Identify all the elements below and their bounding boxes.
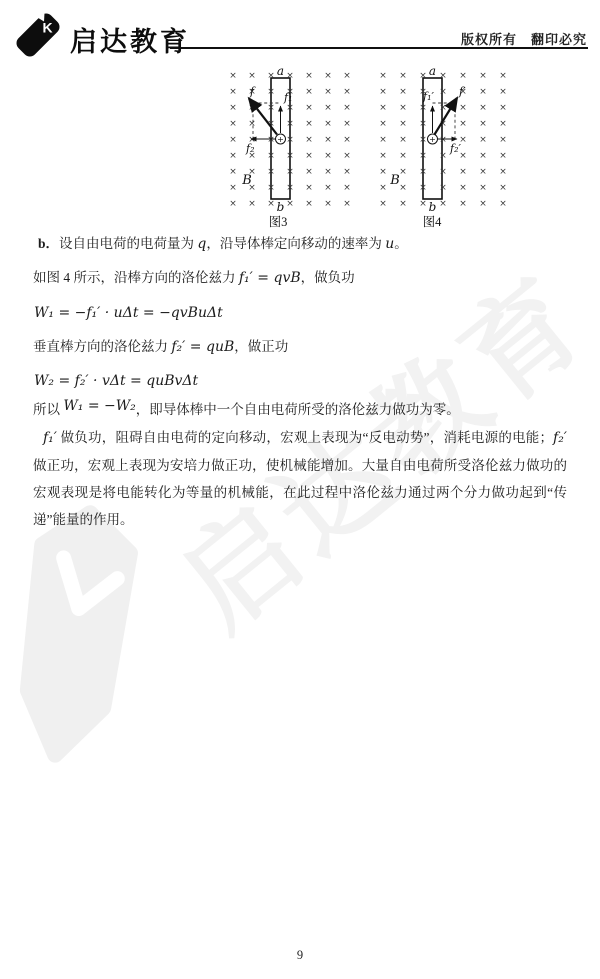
text-segment: ，沿导体棒定向移动的速率为 — [206, 236, 385, 251]
field-cross-icon: × — [324, 103, 332, 113]
qida-logo: K — [14, 11, 62, 59]
field-cross-icon: × — [324, 199, 332, 209]
text-segment: ，做负功 — [301, 270, 355, 285]
label-f1-prime: f₁′ — [422, 90, 434, 103]
field-cross-icon: × — [459, 183, 467, 193]
field-cross-icon: × — [439, 135, 447, 145]
field-cross-icon: × — [499, 71, 507, 81]
text-segment: 做负功，阻碍自由电荷的定向移动，宏观上表现为“反电动势”，消耗电源的电能； — [57, 430, 553, 445]
field-cross-icon: × — [479, 71, 487, 81]
item-b-line: b．设自由电荷的电荷量为 q，沿导体棒定向移动的速率为 u。 — [38, 234, 408, 254]
field-cross-icon: × — [439, 87, 447, 97]
field-cross-icon: × — [459, 199, 467, 209]
logo-letter: K — [42, 20, 52, 36]
field-cross-icon: × — [305, 167, 313, 177]
field-cross-icon: × — [267, 199, 275, 209]
field-cross-icon: × — [459, 71, 467, 81]
field-cross-icon: × — [419, 199, 427, 209]
text-segment: f₁′ — [43, 430, 57, 446]
text-segment: W₁ = −f₁′ · uΔt = −qvBuΔt — [34, 305, 223, 321]
text-segment: 做正功，宏观上表现为安培力做正功，使机械能增加。大量自由电荷所受洛伦兹力做功的宏… — [33, 458, 567, 527]
text-segment: W₁ = −W₂ — [63, 397, 135, 416]
charge-plus-sign: + — [277, 135, 284, 144]
label-b: b — [429, 200, 437, 214]
field-cross-icon: × — [324, 167, 332, 177]
field-cross-icon: × — [379, 183, 387, 193]
field-cross-icon: × — [419, 183, 427, 193]
field-cross-icon: × — [305, 135, 313, 145]
field-cross-icon: × — [324, 119, 332, 129]
field-cross-icon: × — [343, 71, 351, 81]
field-cross-icon: × — [343, 183, 351, 193]
text-segment: q — [197, 236, 206, 252]
field-cross-icon: × — [248, 71, 256, 81]
text-segment: 垂直棒方向的洛伦兹力 — [33, 339, 171, 354]
field-cross-icon: × — [459, 119, 467, 129]
logo-hexagon-shape — [14, 507, 135, 761]
field-cross-icon: × — [419, 119, 427, 129]
field-cross-icon: × — [399, 199, 407, 209]
field-cross-icon: × — [286, 71, 294, 81]
logo-k-mark — [57, 558, 119, 613]
label-f2: f₂ — [245, 142, 254, 155]
field-cross-icon: × — [499, 103, 507, 113]
field-cross-icon: × — [499, 167, 507, 177]
text-segment: 如图 4 所示，沿棒方向的洛伦兹力 — [33, 270, 239, 285]
field-cross-icon: × — [379, 199, 387, 209]
field-cross-icon: × — [379, 103, 387, 113]
field-cross-icon: × — [499, 151, 507, 161]
field-cross-icon: × — [286, 199, 294, 209]
field-cross-icon: × — [439, 183, 447, 193]
field-cross-icon: × — [419, 151, 427, 161]
field-cross-icon: × — [267, 151, 275, 161]
field-cross-icon: × — [305, 119, 313, 129]
label-B-field: B — [241, 173, 252, 188]
field-cross-icon: × — [267, 135, 275, 145]
field-cross-icon: × — [229, 135, 237, 145]
text-segment: ，即导体棒中一个自由电荷所受的洛伦兹力做功为零。 — [136, 402, 460, 417]
text-segment: b． — [38, 236, 59, 251]
label-a: a — [429, 64, 436, 78]
field-into-page-grid: ××××××××××××××××××××××××××××××××××××××××… — [379, 71, 507, 209]
field-cross-icon: × — [305, 199, 313, 209]
field-cross-icon: × — [499, 183, 507, 193]
text-segment: ，做正功 — [234, 339, 288, 354]
text-segment: 。 — [394, 236, 408, 251]
field-cross-icon: × — [229, 119, 237, 129]
field-cross-icon: × — [324, 183, 332, 193]
field-cross-icon: × — [439, 151, 447, 161]
field-cross-icon: × — [286, 183, 294, 193]
text-segment: 设自由电荷的电荷量为 — [59, 236, 197, 251]
charge-plus-sign: + — [429, 135, 436, 144]
field-cross-icon: × — [248, 119, 256, 129]
field-cross-icon: × — [343, 167, 351, 177]
field-cross-icon: × — [439, 71, 447, 81]
text-segment: u — [385, 236, 394, 252]
text-segment: 所以 — [33, 402, 63, 417]
label-f2-prime: f₂′ — [449, 142, 461, 155]
page-number: 9 — [0, 948, 600, 963]
field-cross-icon: × — [379, 151, 387, 161]
field-cross-icon: × — [379, 167, 387, 177]
field-cross-icon: × — [248, 199, 256, 209]
field-cross-icon: × — [305, 71, 313, 81]
field-cross-icon: × — [479, 135, 487, 145]
field-cross-icon: × — [229, 87, 237, 97]
text-segment: f₁′ = qvB — [239, 270, 301, 286]
field-cross-icon: × — [305, 151, 313, 161]
field-cross-icon: × — [479, 167, 487, 177]
discussion-paragraph: f₁′ 做负功，阻碍自由电荷的定向移动，宏观上表现为“反电动势”，消耗电源的电能… — [33, 424, 567, 533]
field-cross-icon: × — [439, 103, 447, 113]
field-cross-icon: × — [479, 87, 487, 97]
field-cross-icon: × — [229, 183, 237, 193]
field-cross-icon: × — [479, 119, 487, 129]
field-cross-icon: × — [479, 103, 487, 113]
field-cross-icon: × — [399, 119, 407, 129]
field-cross-icon: × — [324, 151, 332, 161]
field-cross-icon: × — [379, 87, 387, 97]
field-cross-icon: × — [419, 167, 427, 177]
field-cross-icon: × — [343, 103, 351, 113]
text-segment: W₂ = f₂′ · vΔt = quBvΔt — [34, 373, 198, 389]
lorentz-along-rod-line: 如图 4 所示，沿棒方向的洛伦兹力 f₁′ = qvB，做负功 — [33, 268, 355, 288]
brand-name: 启达教育 — [70, 20, 190, 59]
figure-4-caption: 图4 — [423, 215, 443, 229]
field-cross-icon: × — [499, 119, 507, 129]
field-cross-icon: × — [499, 199, 507, 209]
copyright-notice: 版权所有 翻印必究 — [461, 29, 587, 48]
field-cross-icon: × — [305, 87, 313, 97]
field-cross-icon: × — [229, 103, 237, 113]
field-cross-icon: × — [267, 87, 275, 97]
field-cross-icon: × — [305, 183, 313, 193]
field-cross-icon: × — [499, 135, 507, 145]
field-cross-icon: × — [379, 71, 387, 81]
field-cross-icon: × — [379, 119, 387, 129]
field-cross-icon: × — [343, 119, 351, 129]
qida-logo-watermark — [6, 498, 141, 773]
field-cross-icon: × — [399, 71, 407, 81]
field-cross-icon: × — [479, 151, 487, 161]
field-cross-icon: × — [439, 167, 447, 177]
field-cross-icon: × — [459, 103, 467, 113]
field-cross-icon: × — [499, 87, 507, 97]
label-b: b — [277, 200, 285, 214]
text-segment: f₂′ = quB — [171, 339, 234, 355]
label-a: a — [277, 64, 284, 78]
field-cross-icon: × — [379, 135, 387, 145]
field-cross-icon: × — [399, 103, 407, 113]
label-f-prime: f′ — [458, 85, 466, 98]
field-cross-icon: × — [324, 135, 332, 145]
field-cross-icon: × — [343, 199, 351, 209]
conclusion-line: 所以 W₁ = −W₂，即导体棒中一个自由电荷所受的洛伦兹力做功为零。 — [33, 400, 460, 420]
field-cross-icon: × — [229, 71, 237, 81]
work-w1-equation: W₁ = −f₁′ · uΔt = −qvBuΔt — [34, 303, 223, 323]
field-cross-icon: × — [343, 151, 351, 161]
field-cross-icon: × — [229, 199, 237, 209]
figure-3-magnetic-field-diagram: ××××××××××××××××××××××××××××××××××××××××… — [220, 63, 370, 233]
header-rule — [170, 47, 588, 49]
field-cross-icon: × — [399, 167, 407, 177]
field-cross-icon: × — [286, 151, 294, 161]
field-cross-icon: × — [324, 87, 332, 97]
field-cross-icon: × — [343, 135, 351, 145]
document-page: 启达教育 K 启达教育 版权所有 翻印必究 ××××××××××××××××××… — [0, 0, 600, 979]
field-cross-icon: × — [267, 103, 275, 113]
field-cross-icon: × — [286, 119, 294, 129]
field-cross-icon: × — [459, 167, 467, 177]
figure-4-magnetic-field-diagram: ××××××××××××××××××××××××××××××××××××××××… — [370, 63, 520, 233]
field-cross-icon: × — [399, 151, 407, 161]
field-cross-icon: × — [286, 135, 294, 145]
field-cross-icon: × — [399, 87, 407, 97]
field-cross-icon: × — [343, 87, 351, 97]
text-segment: f₂′ — [553, 430, 567, 446]
lorentz-perpendicular-line: 垂直棒方向的洛伦兹力 f₂′ = quB，做正功 — [33, 337, 288, 357]
field-cross-icon: × — [286, 167, 294, 177]
field-cross-icon: × — [419, 135, 427, 145]
field-cross-icon: × — [324, 71, 332, 81]
field-cross-icon: × — [439, 199, 447, 209]
field-cross-icon: × — [399, 135, 407, 145]
label-f1: f₁ — [283, 91, 292, 104]
field-cross-icon: × — [267, 167, 275, 177]
logo-body — [14, 11, 62, 59]
field-cross-icon: × — [305, 103, 313, 113]
field-cross-icon: × — [399, 183, 407, 193]
field-cross-icon: × — [286, 103, 294, 113]
field-cross-icon: × — [229, 167, 237, 177]
field-cross-icon: × — [419, 103, 427, 113]
field-cross-icon: × — [419, 71, 427, 81]
field-cross-icon: × — [229, 151, 237, 161]
field-cross-icon: × — [479, 199, 487, 209]
label-B-field: B — [389, 173, 400, 188]
figure-3-caption: 图3 — [269, 215, 288, 229]
field-cross-icon: × — [267, 183, 275, 193]
work-w2-equation: W₂ = f₂′ · vΔt = quBvΔt — [34, 371, 198, 391]
field-cross-icon: × — [267, 71, 275, 81]
field-cross-icon: × — [479, 183, 487, 193]
